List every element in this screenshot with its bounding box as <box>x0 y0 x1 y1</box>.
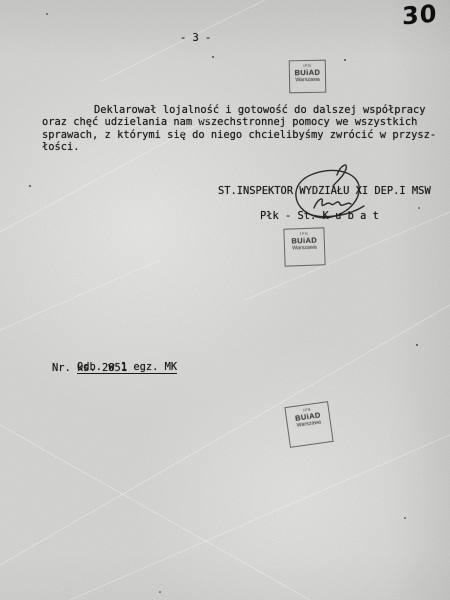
scratch-lines <box>0 0 450 600</box>
archive-stamp: IPN BUiAD Warszawa <box>284 401 333 448</box>
paragraph-line: łości. <box>42 141 442 153</box>
archive-stamp: IPN BUiAD Warszawa <box>283 227 325 266</box>
page-number: - 3 - <box>180 32 211 44</box>
paragraph-line: oraz chęć udzielania nam wszechstronnej … <box>42 116 442 128</box>
paragraph-line: Deklarował lojalność i gotowość do dalsz… <box>42 104 442 116</box>
ink-specks <box>29 13 420 593</box>
stamp-line-warszawa: Warszawa <box>285 244 324 252</box>
paragraph-line: sprawach, z którymi się do niego chcieli… <box>42 129 442 141</box>
register-number: Nr. ks. 2851 <box>52 362 127 374</box>
archive-stamp: IPN BUiAD Warszawa <box>289 60 327 94</box>
stamp-line-ipn: IPN <box>290 64 325 69</box>
grain-noise <box>0 0 450 600</box>
paper-texture-overlay <box>0 0 450 600</box>
body-paragraph: Deklarował lojalność i gotowość do dalsz… <box>42 104 442 153</box>
scanned-document-page: 30 - 3 - IPN BUiAD Warszawa Deklarował l… <box>0 0 450 600</box>
stamp-line-warszawa: Warszawa <box>290 77 325 84</box>
handwritten-page-number: 30 <box>402 0 438 31</box>
signature-signer: Płk - St. K u b a t <box>260 210 379 222</box>
